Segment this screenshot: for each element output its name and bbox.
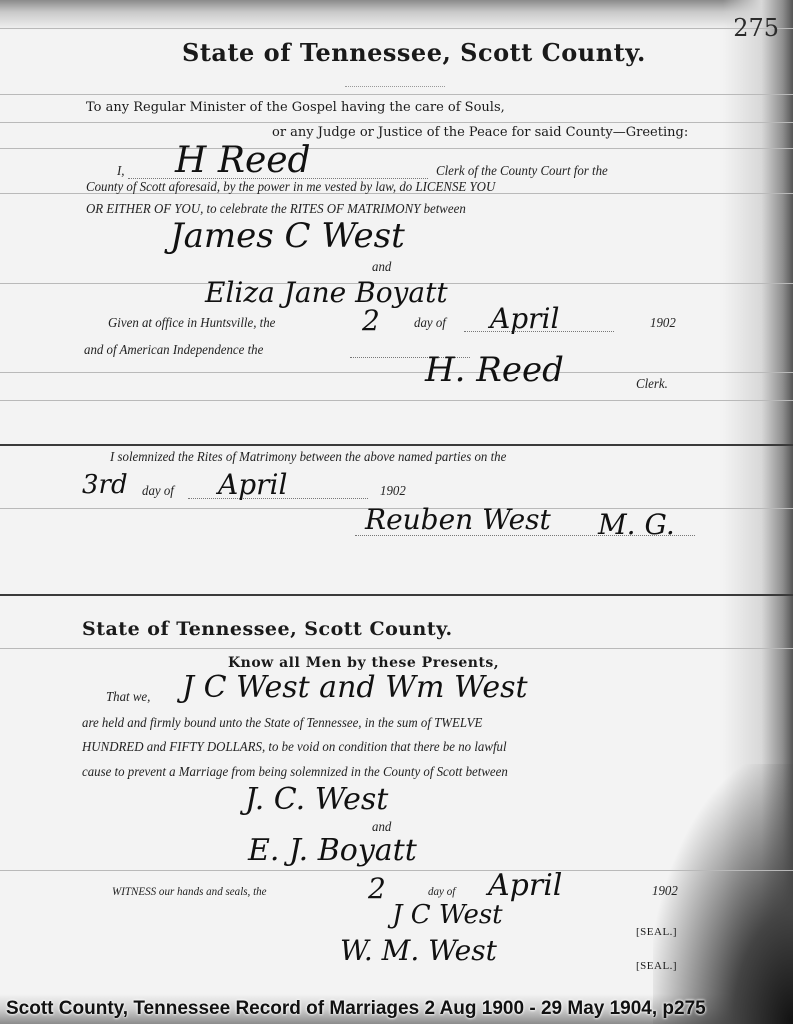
bond-title: State of Tennessee, Scott County.	[82, 618, 453, 640]
given-at-prefix: Given at office in Huntsville, the	[108, 316, 275, 332]
scan-edge-top	[0, 0, 793, 30]
license-body-line2: County of Scott aforesaid, by the power …	[86, 180, 495, 196]
witness-month-handwritten: April	[488, 868, 562, 903]
solemnization-day-of-label: day of	[142, 484, 174, 500]
seal2-label: [SEAL.]	[636, 960, 677, 972]
bond-signature1: J C West	[392, 900, 503, 930]
ruled-line	[0, 94, 793, 95]
ruled-line	[0, 148, 793, 149]
bond-party1-handwritten: J. C. West	[245, 782, 388, 817]
officiant-signature: Reuben West	[365, 503, 551, 536]
clerk-label: Clerk.	[636, 377, 668, 393]
ruled-line	[0, 648, 793, 649]
bond-line3: cause to prevent a Marriage from being s…	[82, 765, 508, 781]
ruled-line	[0, 870, 793, 871]
ruled-line	[0, 28, 793, 29]
solemnization-month-handwritten: April	[218, 468, 287, 501]
ruled-line	[0, 122, 793, 123]
clerk-signature: H. Reed	[425, 350, 564, 390]
intro-prefix: I,	[117, 164, 125, 180]
clerk-name-handwritten: H Reed	[175, 140, 311, 181]
bond-party2-handwritten: E. J. Boyatt	[248, 833, 417, 868]
given-month-handwritten: April	[490, 302, 559, 335]
bond-subtitle: Know all Men by these Presents,	[228, 655, 499, 671]
obligors-handwritten: J C West and Wm West	[182, 670, 528, 705]
clerk-text: Clerk of the County Court for the	[436, 164, 608, 180]
solemnization-text: I solemnized the Rites of Matrimony betw…	[110, 450, 506, 466]
license-title: State of Tennessee, Scott County.	[182, 38, 646, 67]
license-address-line2: or any Judge or Justice of the Peace for…	[272, 125, 688, 140]
title-ornament	[345, 82, 445, 87]
bond-line2: HUNDRED and FIFTY DOLLARS, to be void on…	[82, 740, 507, 756]
witness-prefix: WITNESS our hands and seals, the	[112, 884, 267, 899]
record-caption: Scott County, Tennessee Record of Marria…	[6, 998, 706, 1020]
and-label: and	[372, 260, 391, 276]
witness-day-handwritten: 2	[368, 872, 386, 905]
witness-year: 1902	[652, 884, 678, 900]
ruled-line	[0, 400, 793, 401]
section-divider	[0, 594, 793, 596]
license-address-line1: To any Regular Minister of the Gospel ha…	[86, 100, 505, 115]
bond-line1: are held and firmly bound unto the State…	[82, 716, 482, 732]
bond-signature2: W. M. West	[340, 934, 497, 967]
given-day-handwritten: 2	[362, 304, 380, 337]
independence-text: and of American Independence the	[84, 343, 263, 359]
marriage-record-page: 275 State of Tennessee, Scott County. To…	[0, 0, 793, 1024]
section-divider	[0, 444, 793, 446]
that-we-label: That we,	[106, 690, 150, 706]
solemnization-day-handwritten: 3rd	[82, 470, 128, 500]
day-of-label: day of	[414, 316, 446, 332]
witness-day-of-label: day of	[428, 884, 455, 899]
officiant-title: M. G.	[598, 508, 675, 541]
page-number: 275	[733, 14, 779, 42]
seal1-label: [SEAL.]	[636, 926, 677, 938]
solemnization-year: 1902	[380, 484, 406, 500]
given-year: 1902	[650, 316, 676, 332]
bride-name-handwritten: Eliza Jane Boyatt	[205, 276, 448, 309]
groom-name-handwritten: James C West	[170, 216, 405, 256]
ruled-line	[0, 372, 793, 373]
